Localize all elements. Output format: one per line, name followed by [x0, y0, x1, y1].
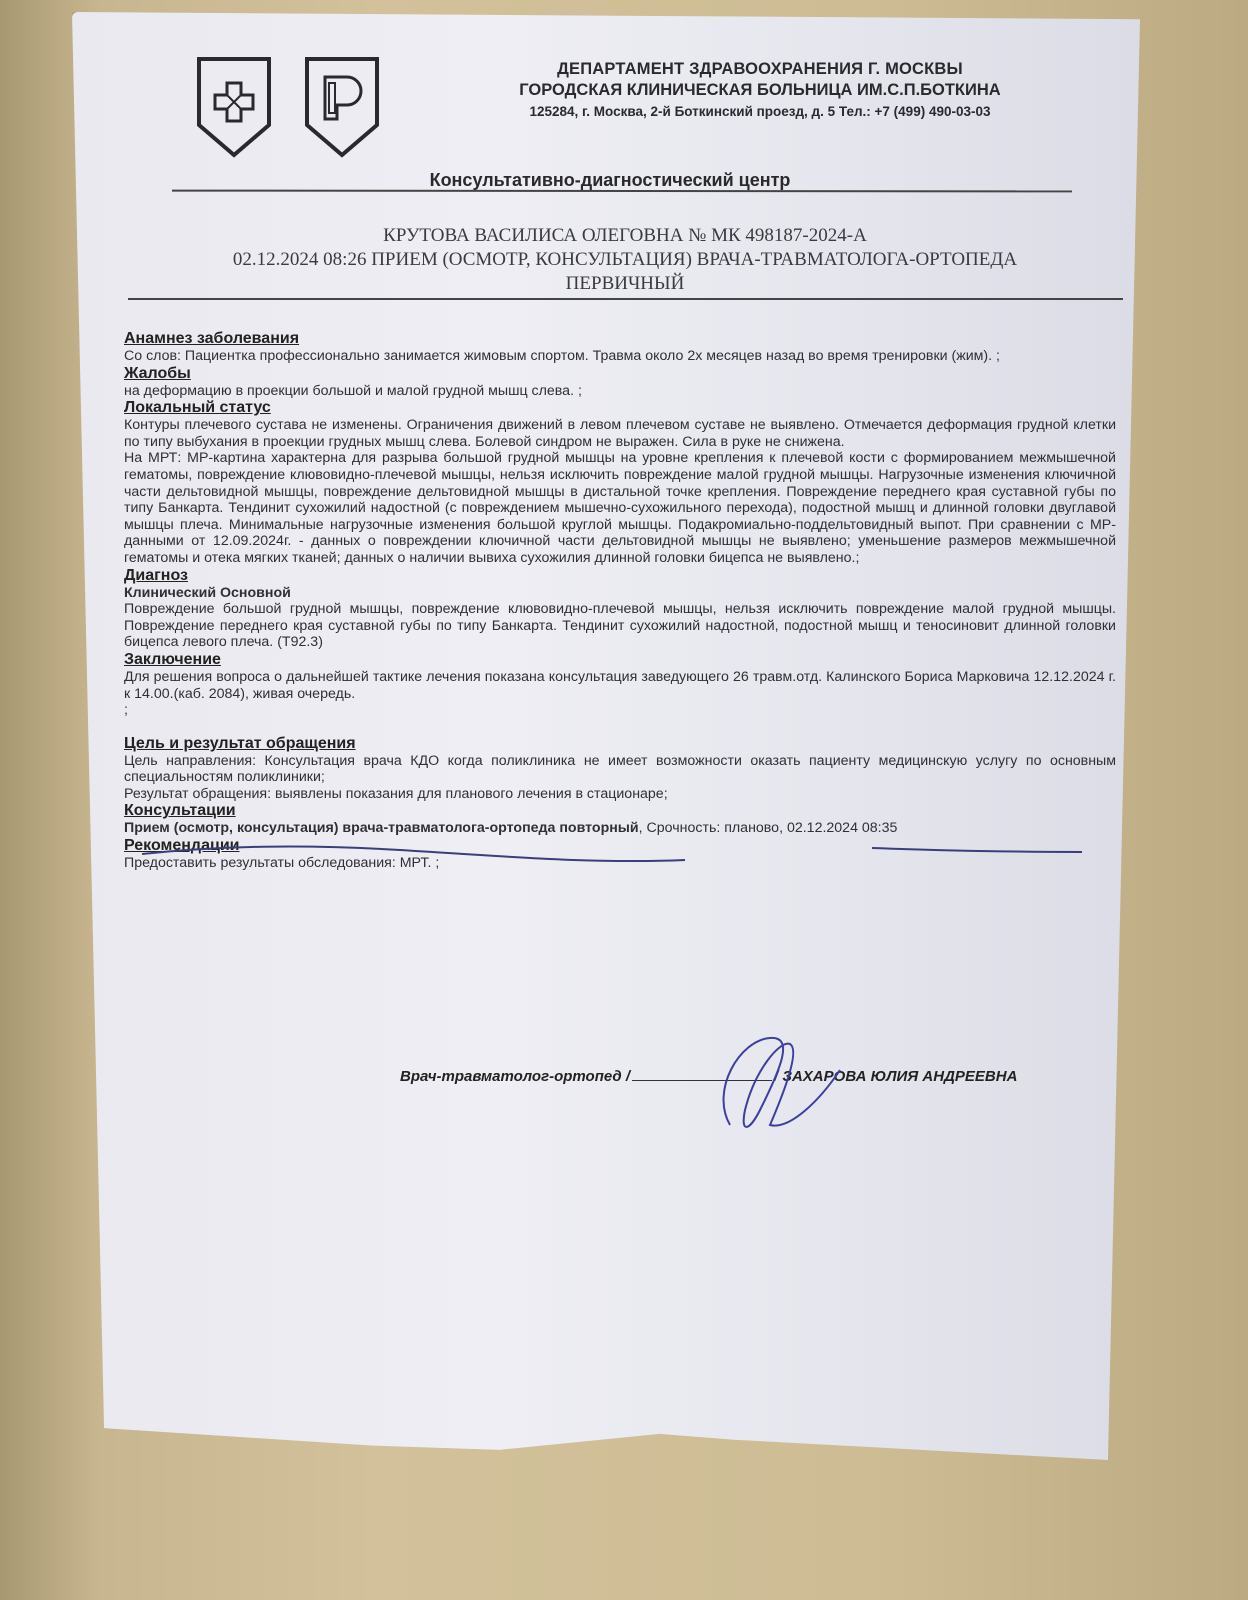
patient-name: КРУТОВА ВАСИЛИСА ОЛЕГОВНА № МК 498187-20… — [130, 224, 1120, 248]
section-title-diagnosis: Диагноз — [124, 567, 1116, 585]
divider — [128, 298, 1123, 300]
pen-underline-mark — [870, 842, 1085, 858]
center-name: Консультативно-диагностический центр — [160, 170, 1060, 191]
diagnosis-subtitle: Клинический Основной — [124, 585, 1116, 602]
visit-line: 02.12.2024 08:26 ПРИЕМ (ОСМОТР, КОНСУЛЬТ… — [130, 248, 1120, 272]
pen-underline-mark — [140, 840, 690, 870]
section-title-goal: Цель и результат обращения — [124, 735, 1116, 753]
handwritten-signature — [700, 1030, 850, 1140]
p-shield-icon — [303, 55, 381, 159]
conclusion-text: Для решения вопроса о дальнейшей тактике… — [124, 669, 1116, 702]
consultation-name: Прием (осмотр, консультация) врача-травм… — [124, 820, 639, 836]
mri-text: На МРТ: МР-картина характерна для разрыв… — [124, 450, 1116, 566]
complaints-text: на деформацию в проекции большой и малой… — [124, 383, 1116, 400]
consultation-details: , Срочность: планово, 02.12.2024 08:35 — [639, 820, 898, 836]
goal-purpose: Цель направления: Консультация врача КДО… — [124, 753, 1116, 786]
visit-type: ПЕРВИЧНЫЙ — [130, 272, 1120, 296]
hospital-address: 125284, г. Москва, 2-й Боткинский проезд… — [450, 104, 1070, 119]
organization-header: ДЕПАРТАМЕНТ ЗДРАВООХРАНЕНИЯ Г. МОСКВЫ ГО… — [450, 60, 1070, 119]
goal-result: Результат обращения: выявлены показания … — [124, 786, 1116, 803]
document-body: Анамнез заболевания Со слов: Пациентка п… — [124, 330, 1116, 872]
hospital-name: ГОРОДСКАЯ КЛИНИЧЕСКАЯ БОЛЬНИЦА ИМ.С.П.БО… — [450, 81, 1070, 100]
consultation-item: Прием (осмотр, консультация) врача-травм… — [124, 820, 1116, 837]
diagnosis-text: Повреждение большой грудной мышцы, повре… — [124, 601, 1116, 651]
section-title-complaints: Жалобы — [124, 365, 1116, 383]
section-title-conclusion: Заключение — [124, 651, 1116, 669]
section-title-local-status: Локальный статус — [124, 399, 1116, 417]
conclusion-tail: ; — [124, 702, 1116, 719]
patient-block: КРУТОВА ВАСИЛИСА ОЛЕГОВНА № МК 498187-20… — [130, 224, 1120, 296]
section-title-anamnesis: Анамнез заболевания — [124, 330, 1116, 348]
doctor-role: Врач-травматолог-ортопед / — [400, 1068, 630, 1085]
anamnesis-text: Со слов: Пациентка профессионально заним… — [124, 348, 1116, 365]
department-name: ДЕПАРТАМЕНТ ЗДРАВООХРАНЕНИЯ Г. МОСКВЫ — [450, 60, 1070, 79]
local-status-text: Контуры плечевого сустава не изменены. О… — [124, 417, 1116, 450]
cross-shield-icon — [195, 55, 273, 159]
logos — [195, 55, 381, 159]
section-title-consultations: Консультации — [124, 802, 1116, 820]
